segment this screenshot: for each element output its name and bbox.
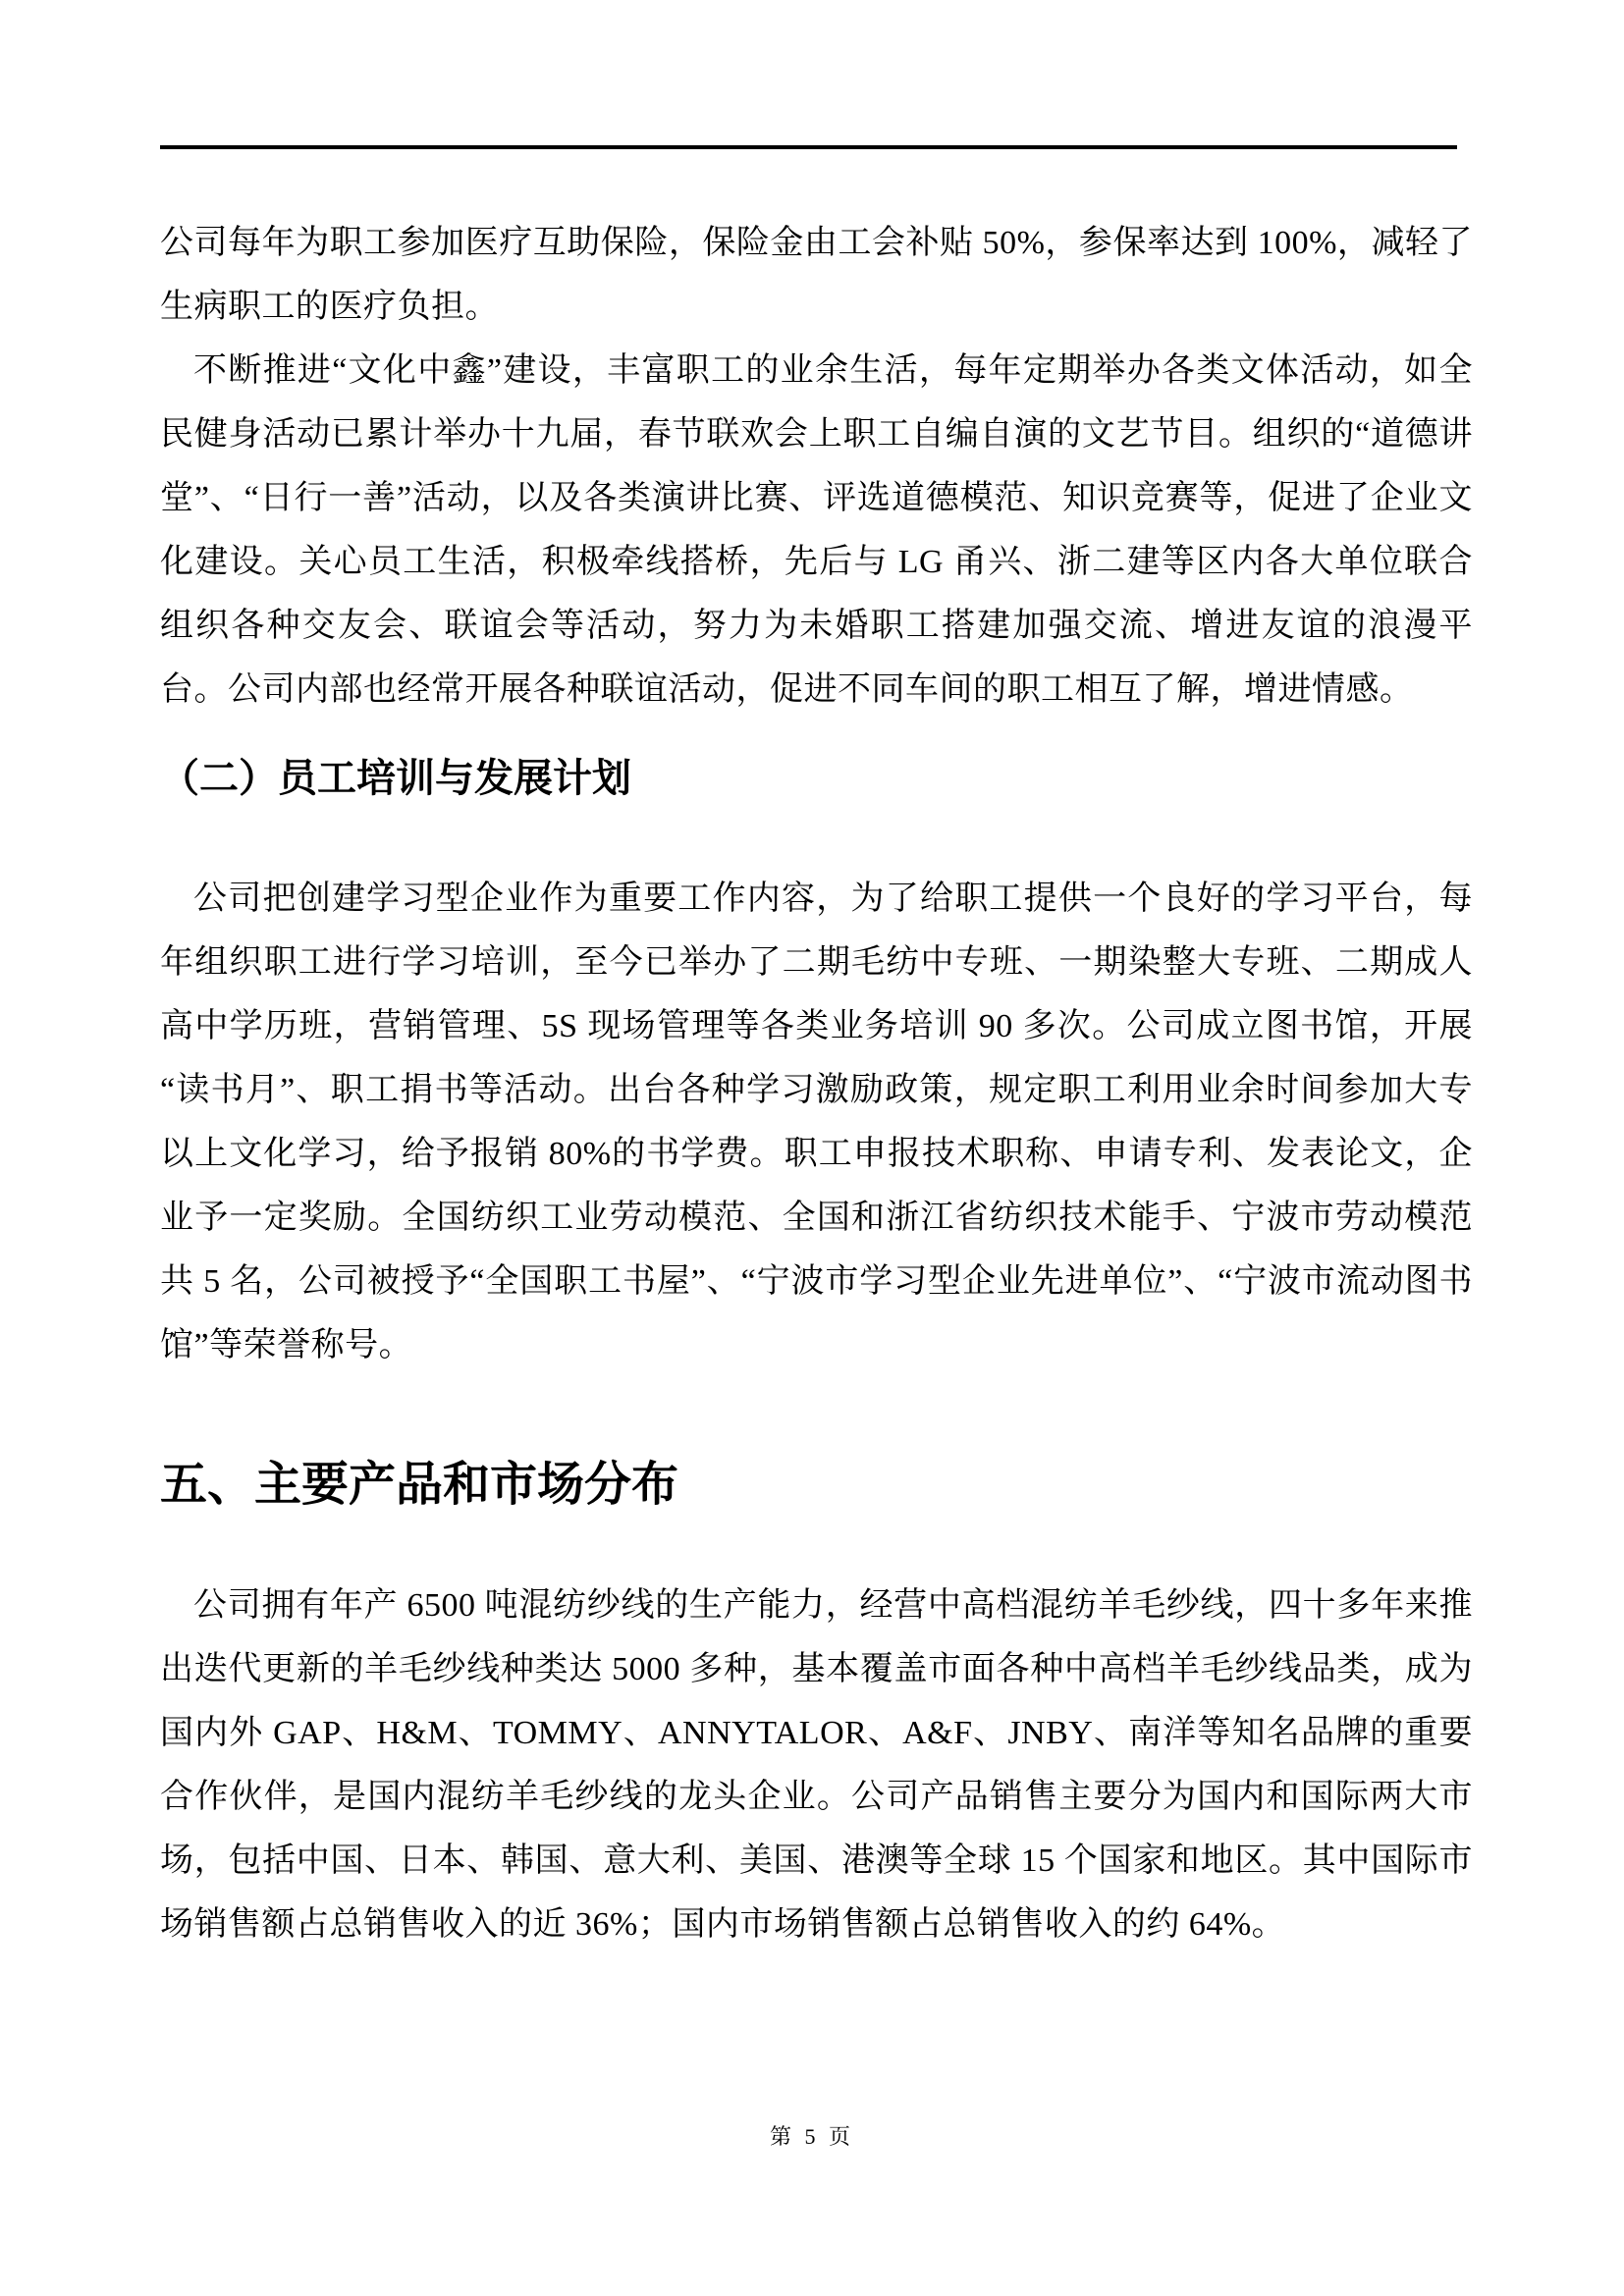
section-heading-training: （二）员工培训与发展计划 [160, 751, 1473, 806]
paragraph-medical-insurance: 公司每年为职工参加医疗互助保险，保险金由工会补贴 50%，参保率达到 100%，… [160, 211, 1473, 339]
paragraph-culture-activities: 不断推进“文化中鑫”建设，丰富职工的业余生活，每年定期举办各类文体活动，如全民健… [160, 339, 1473, 721]
paragraph-products-markets: 公司拥有年产 6500 吨混纺纱线的生产能力，经营中高档混纺羊毛纱线，四十多年来… [160, 1574, 1473, 1956]
document-body: 公司每年为职工参加医疗互助保险，保险金由工会补贴 50%，参保率达到 100%，… [160, 211, 1473, 1956]
header-divider [160, 145, 1457, 149]
page-number: 第 5 页 [0, 2122, 1624, 2152]
document-page: 公司每年为职工参加医疗互助保险，保险金由工会补贴 50%，参保率达到 100%，… [0, 0, 1624, 2296]
paragraph-training-development: 公司把创建学习型企业作为重要工作内容，为了给职工提供一个良好的学习平台，每年组织… [160, 867, 1473, 1377]
chapter-heading-products-markets: 五、主要产品和市场分布 [160, 1451, 1473, 1520]
